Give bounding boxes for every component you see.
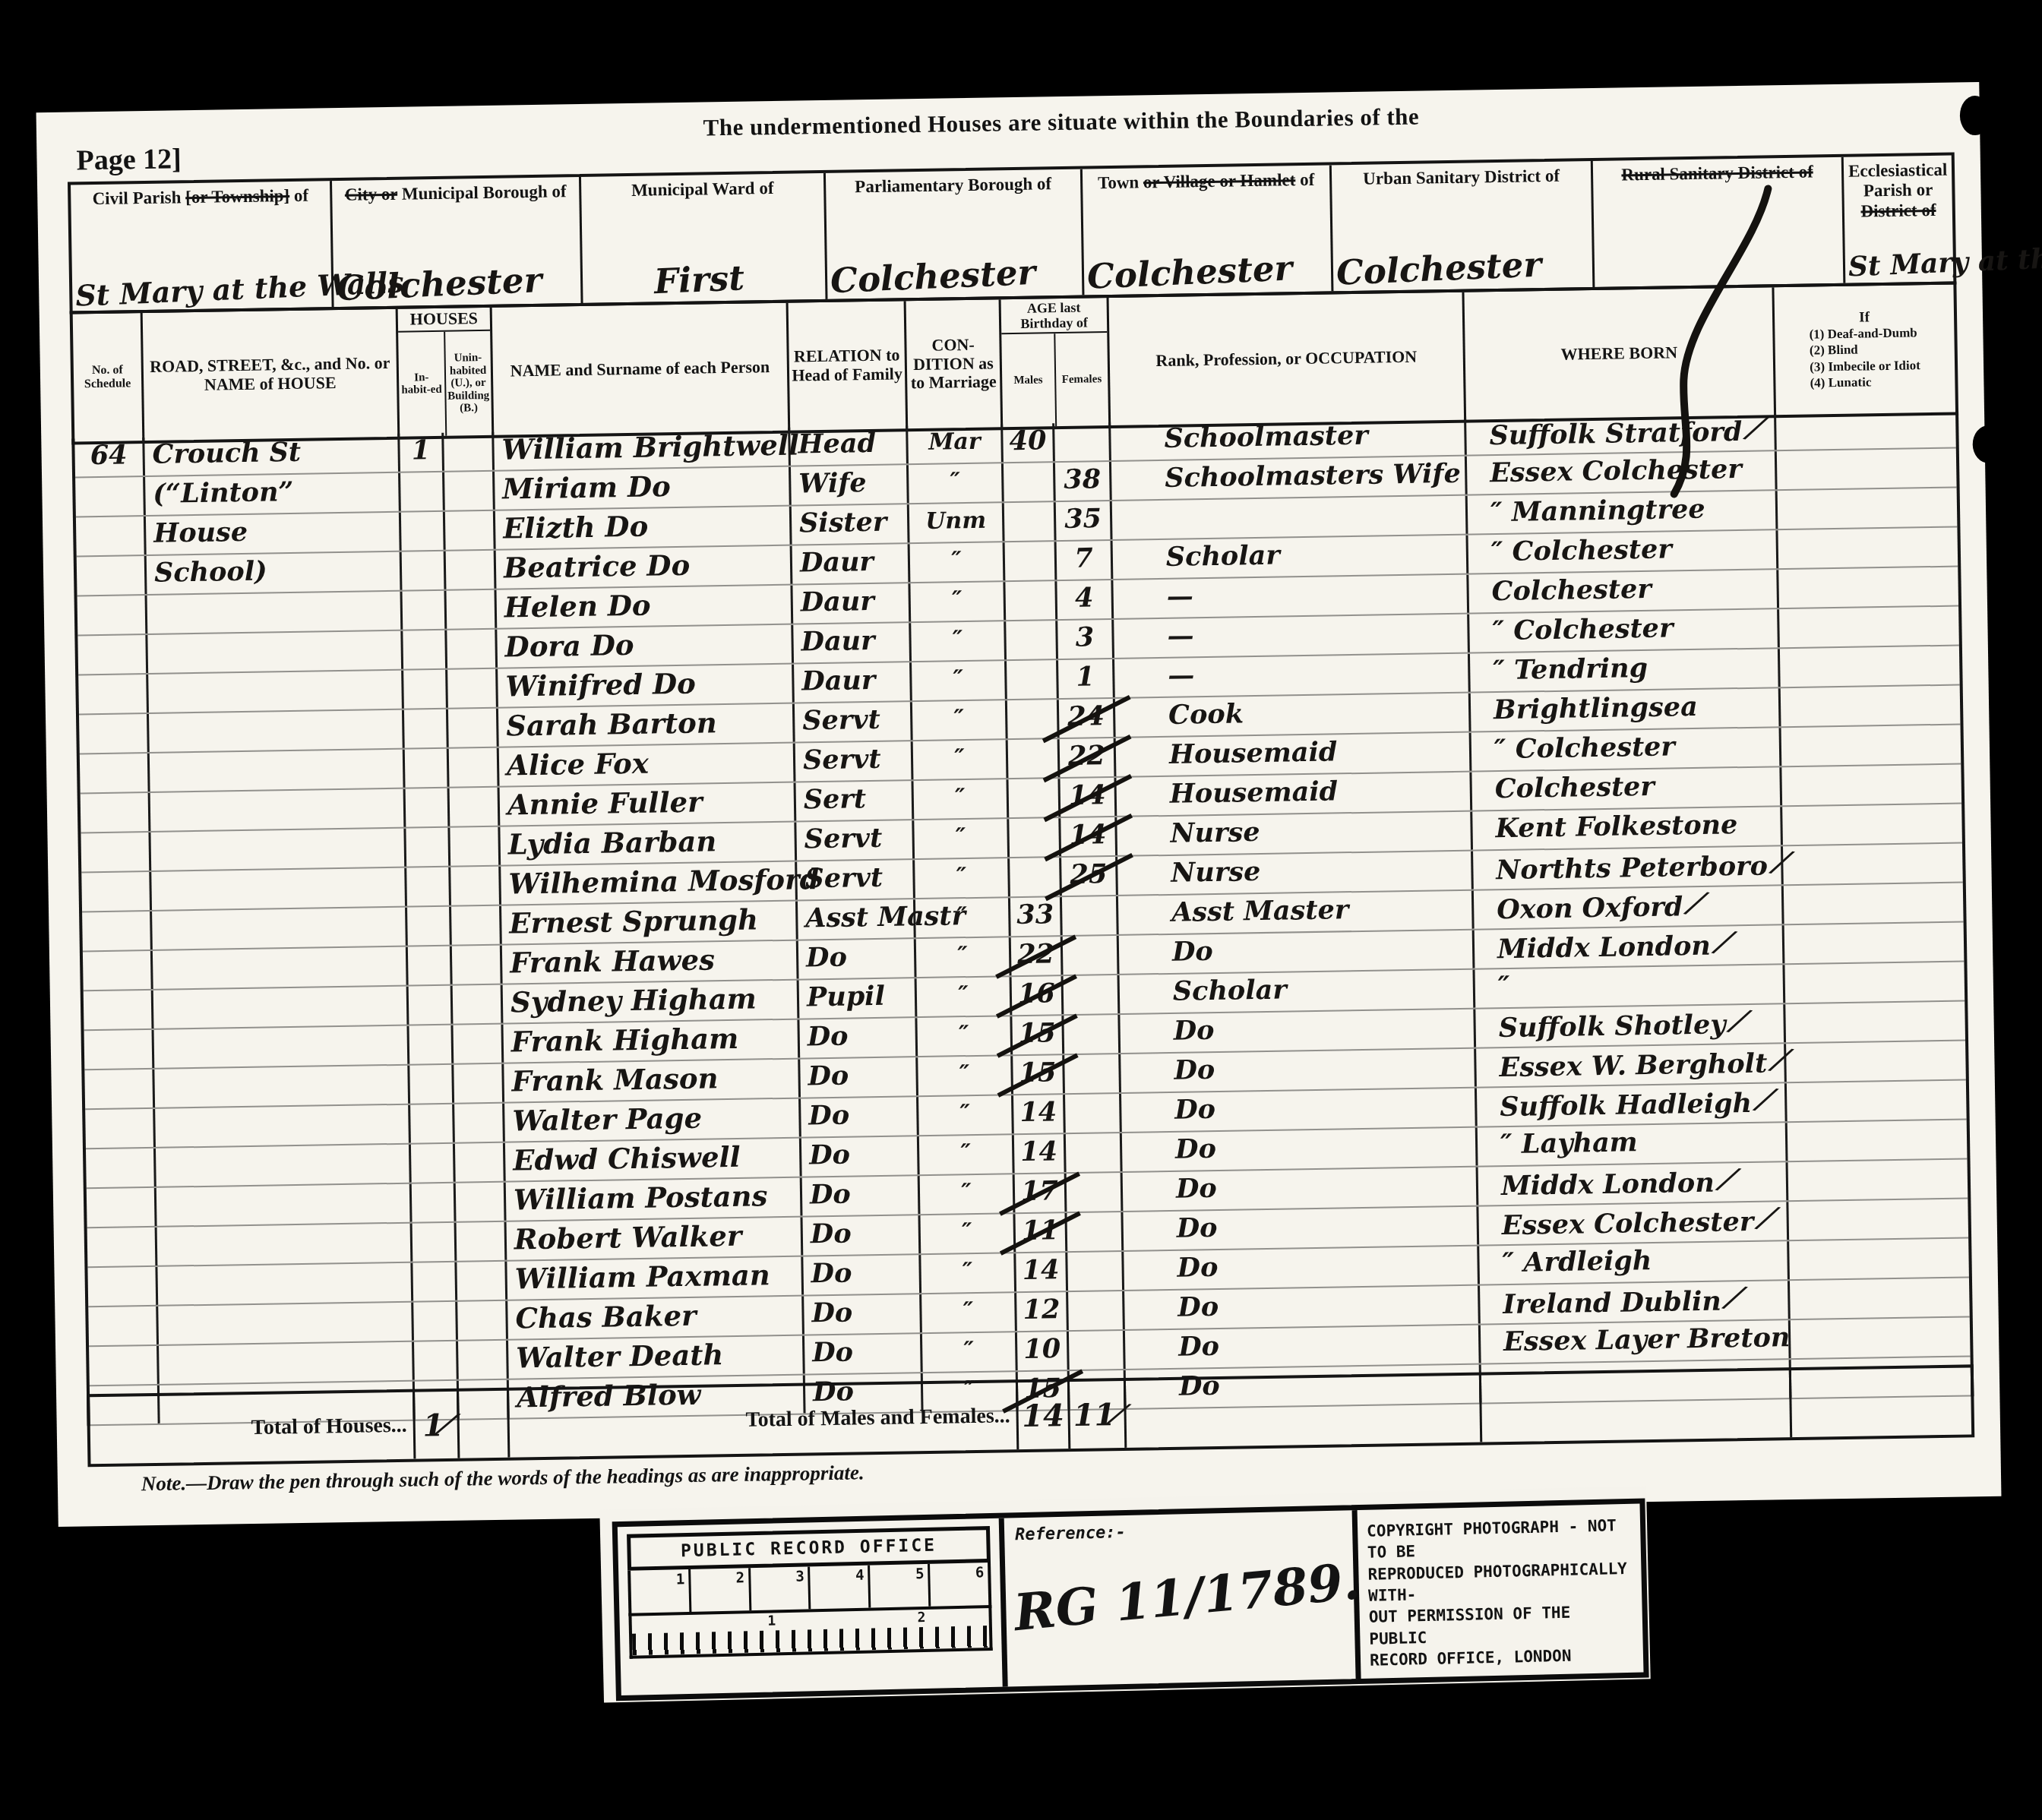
relation-cell: Servt — [797, 860, 915, 899]
road-cell — [152, 908, 408, 949]
age-female-cell: 3 — [1057, 620, 1114, 659]
occupation-cell: Scholar — [1113, 536, 1469, 579]
schedule-cell — [81, 793, 151, 832]
municipal-borough-value: Colchester — [336, 258, 581, 308]
relation-cell: Sister — [792, 504, 910, 544]
condition-cell: ″ — [910, 582, 1006, 621]
condition-cell: ″ — [913, 740, 1009, 779]
relation-cell: Daur — [792, 544, 911, 583]
total-mf-label: Total of Males and Females... — [509, 1404, 1016, 1436]
road-cell — [157, 1224, 413, 1265]
col-infirmity: If (1) Deaf-and-Dumb (2) Blind (3) Imbec… — [1774, 285, 1955, 416]
infirmity-cell — [1788, 1120, 1968, 1161]
born-cell: Essex Layer Breton⁄ — [1481, 1320, 1791, 1363]
age-female-cell: 7 — [1057, 541, 1114, 580]
district-cell-urban-sanitary: Urban Sanitary District of Colchester — [1332, 161, 1595, 291]
pro-ruler-block: PUBLIC RECORD OFFICE 1 2 3 4 5 6 1 2 — [618, 1518, 1008, 1695]
uninhabited-cell — [447, 630, 498, 668]
inhabited-cell — [405, 749, 450, 788]
age-female-cell: 35 — [1056, 501, 1113, 540]
name-cell: Winifred Do — [498, 665, 795, 707]
col-uninhabited: Unin-habited (U.), or Building (B.) — [445, 330, 492, 435]
condition-cell: ″ — [920, 1214, 1016, 1253]
col-inhabited: In-habit-ed — [398, 331, 447, 436]
age-male-cell — [1008, 739, 1061, 778]
schedule-cell — [80, 754, 150, 792]
age-female-cell: 22 — [1060, 738, 1117, 777]
age-male-cell — [1006, 621, 1058, 659]
relation-cell: Head — [790, 425, 909, 465]
age-female-cell: 38 — [1055, 462, 1112, 501]
age-female-cell — [1064, 1015, 1121, 1054]
condition-cell: ″ — [918, 1095, 1014, 1135]
road-cell: Crouch St — [144, 434, 400, 476]
district-cell-municipal-borough: City or Municipal Borough of Colchester — [332, 177, 583, 307]
infirmity-cell — [1777, 449, 1957, 490]
name-cell: Robert Walker — [507, 1218, 804, 1260]
relation-cell: Pupil — [799, 978, 918, 1018]
inhabited-cell — [409, 986, 454, 1025]
check-tick: ⁄ — [1691, 887, 1702, 923]
check-tick: ⁄ — [1750, 412, 1762, 447]
uninhabited-cell — [452, 946, 503, 984]
infirmity-cell — [1788, 1199, 1968, 1240]
total-houses-label: Total of Houses... — [90, 1414, 413, 1443]
relation-cell: Do — [803, 1255, 921, 1294]
punch-hole — [1960, 96, 1991, 136]
born-cell: ″⁄ — [1475, 965, 1785, 1007]
reference-block: Reference:- RG 11/1789. — [1004, 1510, 1361, 1686]
road-cell — [148, 671, 404, 713]
copyright-notice: COPYRIGHT PHOTOGRAPH - NOT TO BE REPRODU… — [1358, 1504, 1644, 1679]
age-male-cell — [1005, 542, 1057, 580]
check-tick: ⁄ — [1759, 1083, 1771, 1119]
condition-cell: ″ — [912, 700, 1008, 740]
inhabited-cell — [406, 828, 450, 867]
uninhabited-cell — [456, 1183, 507, 1221]
occupation-cell: Do — [1121, 1089, 1478, 1132]
name-cell: Lydia Barban — [500, 823, 797, 865]
ruler-inches: 1 2 3 4 5 6 — [627, 1562, 991, 1616]
check-tick: ⁄ — [1734, 1005, 1745, 1041]
schedule-cell — [85, 1109, 156, 1148]
uninhabited-cell — [454, 1064, 504, 1103]
relation-cell: Asst Mastr — [798, 899, 916, 939]
age-male-cell: 22 — [1011, 937, 1064, 975]
schedule-cell — [84, 1070, 155, 1108]
relation-cell: Do — [799, 1018, 918, 1057]
uninhabited-cell — [453, 1025, 504, 1063]
born-cell: Brightlingsea⁄ — [1471, 688, 1781, 731]
occupation-cell: Do — [1123, 1168, 1479, 1211]
total-uninhabited-value — [459, 1391, 510, 1458]
born-cell: Suffolk Stratford⁄ — [1466, 412, 1777, 454]
records-body: 64 Crouch St 1 William Brightwell Head M… — [71, 409, 1974, 1427]
road-cell — [150, 829, 406, 871]
inhabited-cell — [403, 630, 447, 669]
ecclesiastical-parish-value: St Mary at the Walls — [1848, 247, 1954, 283]
schedule-cell — [89, 1346, 160, 1385]
inhabited-cell — [411, 1144, 456, 1183]
age-female-cell: 1 — [1058, 659, 1115, 698]
schedule-cell — [76, 517, 147, 555]
name-cell: Sarah Barton — [498, 704, 795, 747]
occupation-cell: Housemaid — [1116, 773, 1472, 816]
occupation-cell: Housemaid — [1116, 733, 1472, 776]
condition-cell: ″ — [910, 542, 1006, 582]
name-cell: Helen Do — [496, 586, 793, 628]
relation-cell: Wife — [791, 465, 909, 504]
condition-cell: ″ — [913, 779, 1009, 819]
inhabited-cell — [409, 1065, 454, 1104]
name-cell: Walter Death — [508, 1336, 805, 1379]
age-male-cell — [1010, 858, 1062, 896]
relation-cell: Servt — [796, 820, 915, 860]
born-cell: ″ Tendring⁄ — [1470, 649, 1781, 691]
age-female-cell — [1064, 975, 1121, 1014]
road-cell — [150, 750, 406, 792]
born-cell: Essex W. Bergholt⁄ — [1476, 1044, 1787, 1086]
footnote: Note.—Draw the pen through such of the w… — [141, 1461, 865, 1496]
age-female-cell — [1054, 422, 1111, 461]
schedule-cell — [84, 1030, 155, 1069]
parliamentary-borough-value: Colchester — [830, 250, 1083, 301]
born-cell: ″ Colchester⁄ — [1471, 728, 1782, 770]
infirmity-cell — [1789, 1238, 1969, 1279]
occupation-cell: Cook — [1115, 694, 1471, 737]
infirmity-cell — [1788, 1159, 1968, 1200]
occupation-cell: Nurse — [1117, 812, 1473, 855]
uninhabited-cell — [457, 1262, 507, 1300]
relation-cell: Servt — [795, 702, 913, 741]
punch-hole — [1972, 425, 2005, 464]
relation-cell: Do — [798, 939, 917, 978]
uninhabited-cell — [455, 1143, 506, 1182]
age-female-cell — [1067, 1212, 1124, 1251]
district-cell-municipal-ward: Municipal Ward of First — [581, 173, 828, 303]
check-tick: ⁄ — [1775, 1044, 1787, 1079]
uninhabited-cell — [457, 1301, 508, 1340]
name-cell: Chas Baker — [507, 1297, 804, 1339]
age-male-cell — [1009, 818, 1061, 857]
uninhabited-cell — [450, 788, 501, 826]
name-cell: Sydney Higham — [503, 981, 800, 1023]
age-male-cell — [1004, 502, 1057, 541]
born-cell: Middx London⁄ — [1478, 1162, 1789, 1205]
schedule-cell — [82, 912, 153, 950]
col-relation: RELATION to Head of Family — [789, 301, 909, 430]
total-females-value: 11⁄ — [1070, 1381, 1127, 1449]
uninhabited-cell — [458, 1341, 509, 1379]
occupation-cell: Asst Master — [1118, 891, 1475, 934]
condition-cell: ″ — [921, 1293, 1017, 1332]
reference-number: RG 11/1789. — [1011, 1551, 1362, 1642]
condition-cell: ″ — [915, 858, 1010, 898]
col-where-born: WHERE BORN — [1464, 287, 1776, 419]
road-cell: (“Linton” — [145, 473, 401, 515]
uninhabited-cell — [446, 590, 497, 629]
occupation-cell: Do — [1120, 1010, 1476, 1053]
schedule-cell — [88, 1307, 159, 1345]
uninhabited-cell — [453, 985, 504, 1024]
condition-cell: ″ — [911, 621, 1007, 661]
inhabited-cell — [406, 867, 451, 906]
road-cell — [147, 631, 403, 673]
schedule-cell — [83, 951, 153, 990]
road-cell — [154, 1066, 410, 1107]
born-cell: Colchester⁄ — [1468, 570, 1779, 612]
inhabited-cell — [403, 670, 448, 709]
age-male-cell: 14 — [1016, 1253, 1068, 1291]
total-houses-value: 1⁄ — [415, 1392, 460, 1459]
age-male-cell: 12 — [1016, 1292, 1069, 1331]
municipal-ward-value: First — [585, 254, 826, 305]
page-number: Page 12] — [76, 142, 182, 177]
inhabited-cell — [413, 1223, 457, 1262]
relation-cell: Do — [801, 1097, 919, 1136]
age-male-cell — [1005, 581, 1057, 620]
relation-cell: Do — [804, 1294, 922, 1334]
uninhabited-cell — [454, 1104, 505, 1142]
district-cell-rural-sanitary: Rural Sanitary District of — [1593, 157, 1846, 287]
schedule-cell — [78, 675, 149, 713]
uninhabited-cell — [449, 748, 500, 787]
occupation-cell: Schoolmasters Wife — [1111, 457, 1468, 500]
infirmity-cell — [1778, 488, 1958, 529]
inhabited-cell — [402, 591, 447, 630]
infirmity-cell — [1776, 409, 1956, 450]
infirmity-cell — [1785, 1001, 1965, 1042]
born-cell: Middx London⁄ — [1475, 925, 1785, 968]
schedule-cell — [77, 596, 148, 634]
col-age-females: Females — [1055, 333, 1108, 426]
name-cell: Elizth Do — [495, 507, 792, 549]
schedule-cell — [87, 1228, 158, 1266]
district-cell-civil-parish: Civil Parish [or Township] of St Mary at… — [71, 181, 334, 311]
uninhabited-cell — [450, 827, 501, 866]
town-value: Colchester — [1086, 246, 1332, 296]
totals-infirm-blank — [1791, 1367, 1971, 1437]
born-cell: ″ Colchester⁄ — [1468, 530, 1779, 573]
col-name: NAME and Surname of each Person — [492, 303, 791, 435]
inhabited-cell — [409, 1025, 454, 1064]
inhabited-cell — [401, 512, 446, 551]
age-male-cell: 15 — [1013, 1055, 1065, 1094]
uninhabited-cell — [444, 472, 495, 510]
schedule-cell — [79, 714, 150, 753]
condition-cell: ″ — [914, 819, 1010, 858]
inhabited-cell — [404, 709, 449, 748]
born-cell: ″ Colchester⁄ — [1469, 609, 1780, 652]
age-female-cell — [1067, 1252, 1124, 1291]
condition-cell: Mar — [908, 424, 1004, 463]
age-male-cell: 11 — [1015, 1213, 1067, 1252]
infirmity-cell — [1784, 962, 1965, 1003]
inhabited-cell — [406, 788, 450, 827]
uninhabited-cell — [451, 906, 502, 945]
age-male-cell — [1007, 700, 1060, 738]
occupation-cell: Do — [1123, 1207, 1479, 1250]
name-cell: Walter Page — [504, 1099, 801, 1142]
uninhabited-cell — [446, 551, 497, 589]
age-female-cell — [1066, 1133, 1123, 1172]
born-cell: ″ Manningtree⁄ — [1468, 491, 1778, 533]
age-female-cell: 4 — [1057, 580, 1114, 619]
relation-cell: Do — [802, 1176, 921, 1215]
age-female-cell: 25 — [1061, 857, 1118, 896]
infirmity-cell — [1779, 607, 1959, 648]
pro-stamp-card: PUBLIC RECORD OFFICE 1 2 3 4 5 6 1 2 Ref… — [599, 1486, 1650, 1702]
urban-sanitary-value: Colchester — [1336, 242, 1593, 293]
uninhabited-cell — [445, 511, 496, 550]
born-cell: Ireland Dublin⁄ — [1480, 1281, 1791, 1323]
road-cell — [157, 1263, 413, 1305]
district-cell-town: Town or Village or Hamlet of Colchester — [1083, 165, 1334, 295]
born-cell: Northts Peterboro⁄ — [1473, 846, 1784, 889]
occupation-cell: Do — [1122, 1128, 1478, 1171]
infirmity-cell — [1784, 922, 1965, 963]
condition-cell: ″ — [915, 898, 1011, 937]
born-cell: ″ Ardleigh⁄ — [1479, 1241, 1790, 1284]
condition-cell: ″ — [920, 1174, 1016, 1214]
name-cell: Edwd Chiswell — [505, 1139, 802, 1181]
condition-cell: ″ — [921, 1253, 1016, 1293]
name-cell: William Paxman — [507, 1257, 804, 1300]
born-cell: Suffolk Hadleigh⁄ — [1477, 1083, 1788, 1126]
road-cell — [156, 1145, 412, 1186]
col-occupation: Rank, Profession, or OCCUPATION — [1109, 292, 1467, 425]
road-cell — [153, 947, 409, 989]
schedule-cell — [81, 872, 152, 911]
infirmity-cell — [1781, 686, 1961, 727]
banner-text: The undermentioned Houses are situate wi… — [310, 96, 1813, 147]
uninhabited-cell — [447, 669, 498, 708]
name-cell: William Postans — [506, 1178, 803, 1221]
name-cell: Wilhemina Mosford — [501, 862, 798, 905]
scan-background: The undermentioned Houses are situate wi… — [0, 0, 2042, 1820]
name-cell: Frank Higham — [503, 1020, 800, 1063]
age-male-cell: 33 — [1010, 897, 1063, 936]
uninhabited-cell — [448, 709, 499, 747]
road-cell: House — [146, 513, 402, 555]
infirmity-cell — [1790, 1278, 1970, 1319]
age-female-cell: 14 — [1061, 817, 1117, 856]
check-tick: ⁄ — [1729, 1281, 1740, 1317]
schedule-cell — [87, 1267, 158, 1306]
inhabited-cell — [414, 1341, 459, 1380]
condition-cell: ″ — [909, 463, 1004, 503]
infirmity-cell — [1791, 1317, 1971, 1358]
inhabited-cell — [400, 472, 445, 511]
occupation-cell: Do — [1124, 1286, 1481, 1329]
occupation-cell: Schoolmaster — [1111, 417, 1467, 460]
age-male-cell: 15 — [1012, 1016, 1064, 1054]
col-houses: HOUSES In-habit-ed Unin-habited (U.), or… — [398, 308, 495, 437]
infirmity-cell — [1786, 1041, 1966, 1082]
name-cell: Annie Fuller — [500, 783, 797, 826]
condition-cell: ″ — [917, 977, 1013, 1016]
condition-cell: ″ — [918, 1056, 1013, 1095]
schedule-cell: 64 — [74, 438, 145, 476]
road-cell — [151, 868, 407, 910]
born-cell: Kent Folkestone⁄ — [1472, 807, 1783, 849]
condition-cell: Unm — [909, 503, 1005, 542]
infirmity-cell — [1784, 883, 1964, 924]
born-cell: Oxon Oxford⁄ — [1474, 886, 1784, 928]
inhabited-cell — [408, 946, 453, 985]
check-tick: ⁄ — [1762, 1202, 1773, 1237]
check-tick: ⁄ — [1718, 926, 1730, 962]
col-road: ROAD, STREET, &c., and No. or NAME of HO… — [143, 309, 400, 441]
occupation-cell: Do — [1124, 1247, 1480, 1290]
inhabited-cell — [413, 1302, 458, 1341]
schedule-cell — [77, 635, 148, 674]
age-female-cell — [1065, 1094, 1122, 1133]
infirmity-cell — [1778, 528, 1958, 569]
age-male-cell: 14 — [1014, 1134, 1067, 1173]
inhabited-cell — [410, 1104, 455, 1143]
schedule-cell — [75, 477, 146, 516]
schedule-cell — [87, 1188, 157, 1227]
condition-cell: ″ — [922, 1332, 1018, 1372]
road-cell — [153, 987, 409, 1028]
age-female-cell — [1064, 1054, 1121, 1093]
age-female-cell: 14 — [1060, 778, 1117, 817]
road-cell — [147, 592, 403, 634]
occupation-cell: Do — [1125, 1326, 1481, 1369]
name-cell: Miriam Do — [495, 467, 792, 510]
road-cell: School) — [147, 552, 403, 594]
schedule-cell — [77, 556, 147, 595]
infirmity-cell — [1782, 804, 1962, 845]
road-cell — [158, 1303, 414, 1344]
age-female-cell — [1068, 1291, 1125, 1330]
occupation-cell: — — [1114, 615, 1470, 658]
road-cell — [155, 1105, 411, 1147]
district-cell-parliamentary-borough: Parliamentary Borough of Colchester — [826, 169, 1085, 299]
age-male-cell: 10 — [1017, 1332, 1070, 1370]
relation-cell: Do — [803, 1215, 921, 1255]
born-cell: ″ Layham⁄ — [1478, 1123, 1788, 1165]
occupation-cell: Do — [1119, 931, 1475, 974]
name-cell: Frank Hawes — [502, 941, 799, 984]
reference-label: Reference:- — [1015, 1518, 1342, 1545]
census-page: The undermentioned Houses are situate wi… — [36, 82, 2002, 1527]
occupation-cell: Nurse — [1117, 852, 1474, 895]
name-cell: Frank Mason — [504, 1060, 801, 1102]
born-cell: Essex Colchester⁄ — [1478, 1202, 1789, 1244]
born-cell: Suffolk Shotley⁄ — [1475, 1004, 1786, 1047]
inhabited-cell — [412, 1183, 457, 1222]
age-female-cell — [1067, 1173, 1124, 1212]
schedule-cell — [81, 833, 151, 871]
total-males-value: 14 — [1018, 1382, 1070, 1449]
name-cell: Beatrice Do — [496, 546, 793, 589]
occupation-cell: — — [1113, 575, 1469, 618]
relation-cell: Daur — [794, 662, 912, 702]
check-tick: ⁄ — [1722, 1163, 1734, 1199]
road-cell — [159, 1342, 415, 1384]
col-condition: CON-DITION as to Marriage — [906, 299, 1004, 428]
road-cell — [156, 1184, 413, 1226]
age-female-cell — [1069, 1331, 1126, 1370]
age-male-cell: 40 — [1003, 423, 1055, 462]
age-female-cell — [1063, 936, 1120, 975]
road-cell — [149, 710, 405, 752]
name-cell: Ernest Sprungh — [501, 902, 798, 944]
condition-cell: ″ — [917, 1016, 1013, 1056]
infirmity-cell — [1781, 725, 1961, 766]
